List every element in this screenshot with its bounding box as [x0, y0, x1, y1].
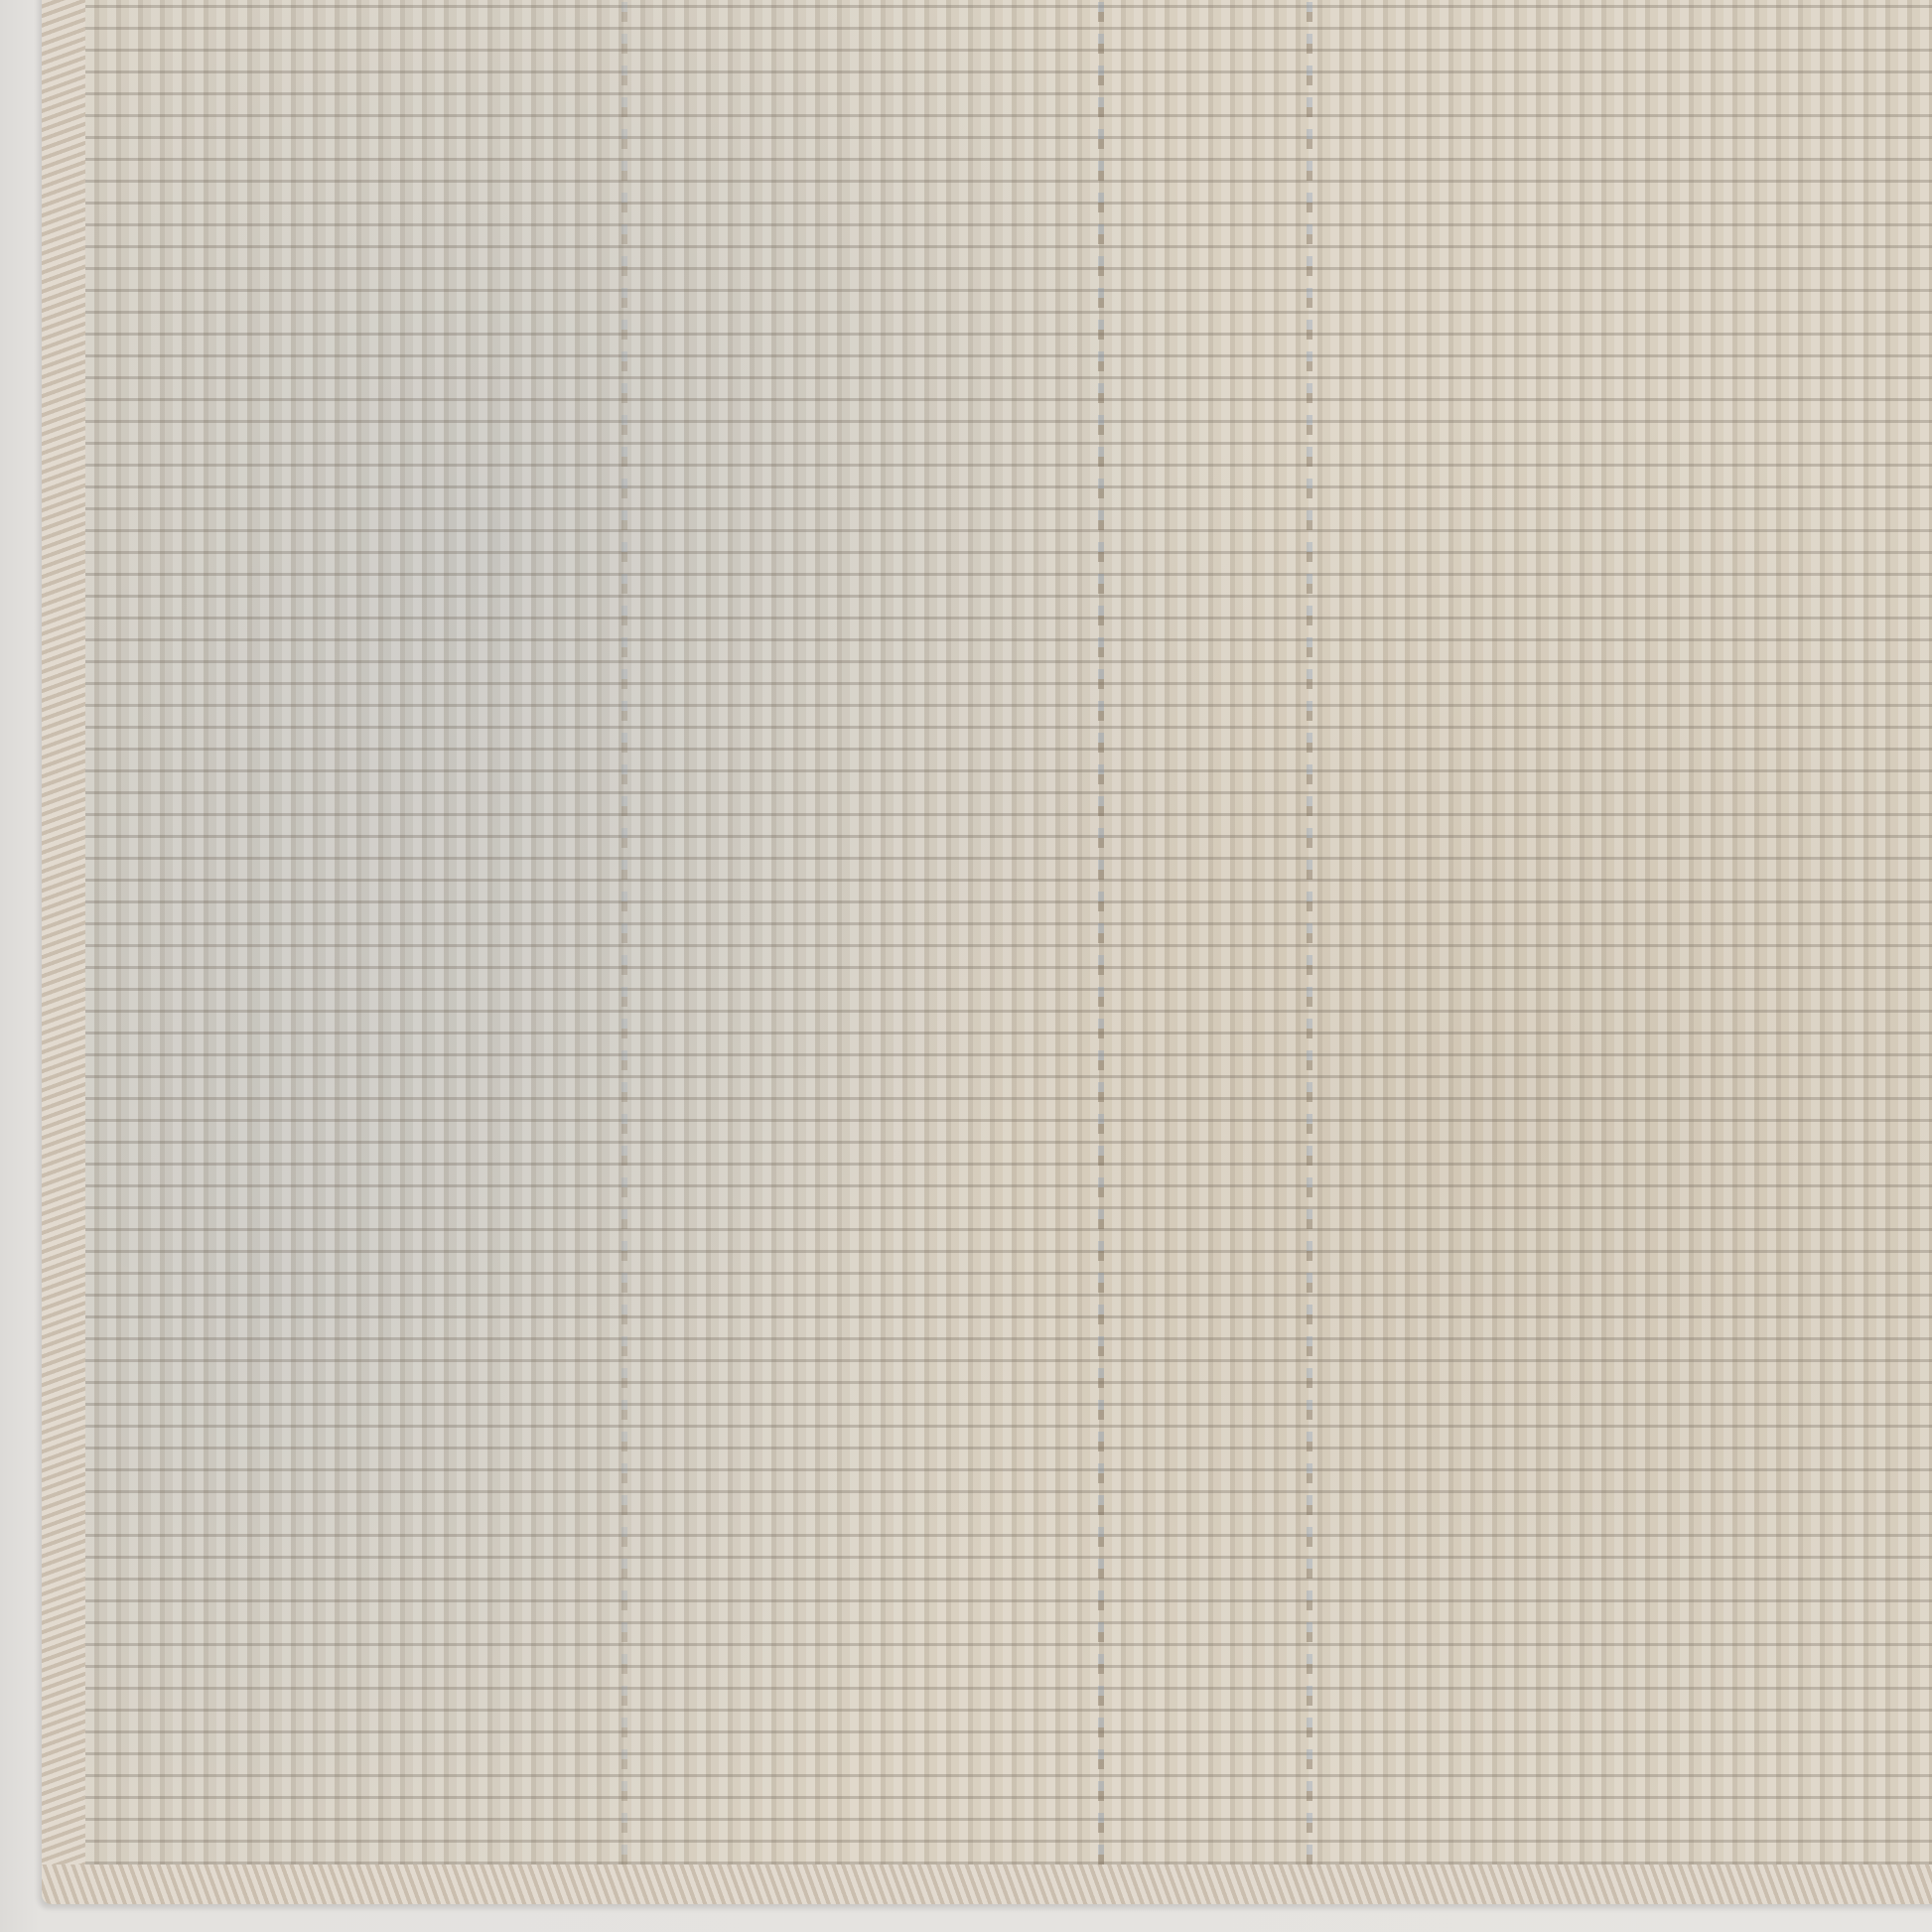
rug-pattern-line — [621, 0, 627, 1864]
rug-pattern-line — [1098, 0, 1104, 1864]
rug — [42, 0, 1932, 1904]
rug-pattern-line — [1307, 0, 1312, 1864]
rug-loop-pile-field — [85, 0, 1932, 1864]
rug-binding-bottom-edge — [42, 1864, 1932, 1904]
rug-binding-left-edge — [42, 0, 85, 1864]
